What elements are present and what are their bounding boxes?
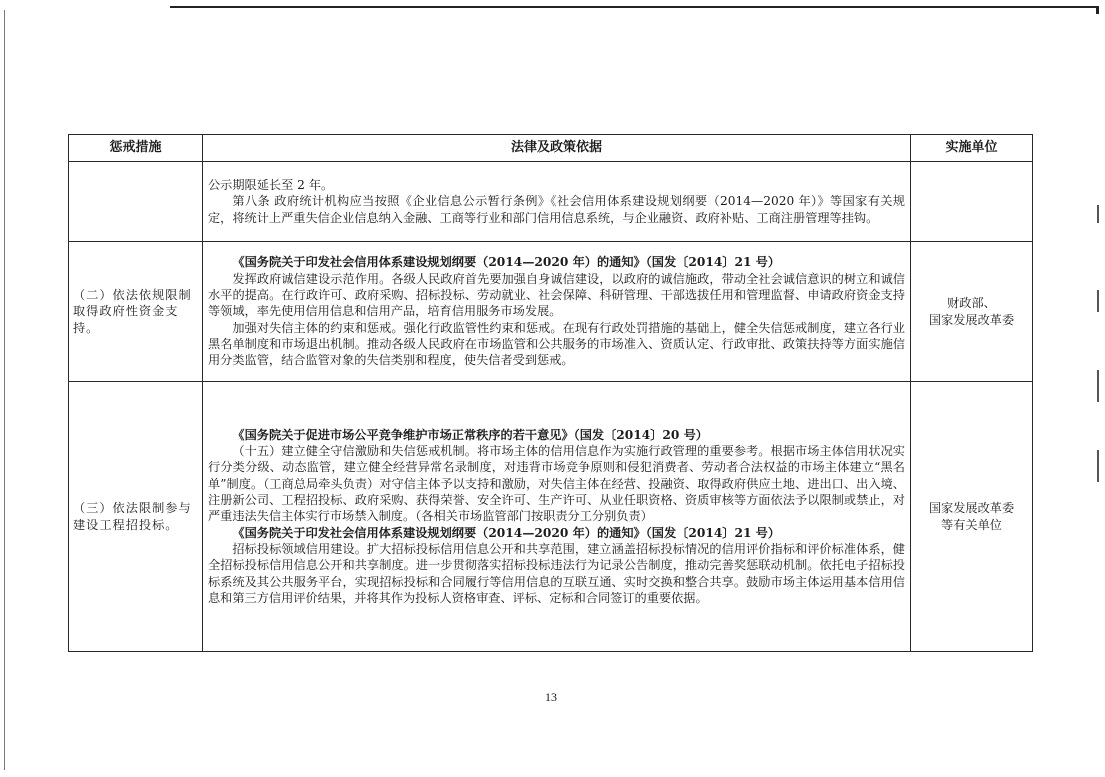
header-unit: 实施单位 bbox=[911, 135, 1033, 162]
unit-cell bbox=[911, 162, 1033, 242]
policy-title: 《国务院关于印发社会信用体系建设规划纲要（2014—2020 年）的通知》（国发… bbox=[208, 254, 905, 270]
header-measure: 惩戒措施 bbox=[69, 135, 203, 162]
table-row: （二）依法依规限制取得政府性资金支持。 《国务院关于印发社会信用体系建设规划纲要… bbox=[69, 242, 1033, 382]
basis-paragraph: （十五）建立健全守信激励和失信惩戒机制。将市场主体的信用信息作为实施行政管理的重… bbox=[208, 443, 905, 524]
header-basis: 法律及政策依据 bbox=[203, 135, 911, 162]
measure-cell bbox=[69, 162, 203, 242]
scan-corner-mark bbox=[1096, 6, 1099, 14]
unit-line: 国家发展改革委 bbox=[916, 312, 1027, 328]
scan-left-edge bbox=[4, 10, 5, 770]
basis-paragraph: 招标投标领域信用建设。扩大招标投标信用信息公开和共享范围，建立涵盖招标投标情况的… bbox=[208, 541, 905, 606]
scan-top-rule bbox=[170, 6, 1098, 8]
policy-title: 《国务院关于促进市场公平竞争维护市场正常秩序的若干意见》（国发〔2014〕20 … bbox=[208, 427, 905, 443]
scan-right-edge-mark bbox=[1097, 370, 1099, 402]
measure-cell: （三）依法限制参与建设工程招投标。 bbox=[69, 382, 203, 652]
basis-cell: 公示期限延长至 2 年。 第八条 政府统计机构应当按照《企业信息公示暂行条例》《… bbox=[203, 162, 911, 242]
table-row: 公示期限延长至 2 年。 第八条 政府统计机构应当按照《企业信息公示暂行条例》《… bbox=[69, 162, 1033, 242]
unit-cell: 财政部、 国家发展改革委 bbox=[911, 242, 1033, 382]
scan-right-edge-mark bbox=[1097, 290, 1099, 312]
scan-right-edge-mark bbox=[1097, 450, 1099, 482]
table-header-row: 惩戒措施 法律及政策依据 实施单位 bbox=[69, 135, 1033, 162]
page-number: 13 bbox=[545, 690, 557, 705]
unit-cell: 国家发展改革委 等有关单位 bbox=[911, 382, 1033, 652]
basis-paragraph: 加强对失信主体的约束和惩戒。强化行政监管性约束和惩戒。在现有行政处罚措施的基础上… bbox=[208, 320, 905, 369]
basis-cell: 《国务院关于促进市场公平竞争维护市场正常秩序的若干意见》（国发〔2014〕20 … bbox=[203, 382, 911, 652]
unit-line: 财政部、 bbox=[916, 295, 1027, 311]
unit-line: 等有关单位 bbox=[916, 517, 1027, 533]
policy-title: 《国务院关于印发社会信用体系建设规划纲要（2014—2020 年）的通知》（国发… bbox=[208, 525, 905, 541]
table-row: （三）依法限制参与建设工程招投标。 《国务院关于促进市场公平竞争维护市场正常秩序… bbox=[69, 382, 1033, 652]
basis-paragraph: 公示期限延长至 2 年。 bbox=[208, 177, 905, 193]
measure-cell: （二）依法依规限制取得政府性资金支持。 bbox=[69, 242, 203, 382]
basis-cell: 《国务院关于印发社会信用体系建设规划纲要（2014—2020 年）的通知》（国发… bbox=[203, 242, 911, 382]
scan-right-edge-mark bbox=[1097, 205, 1099, 223]
basis-paragraph: 第八条 政府统计机构应当按照《企业信息公示暂行条例》《社会信用体系建设规划纲要（… bbox=[208, 193, 905, 226]
basis-paragraph: 发挥政府诚信建设示范作用。各级人民政府首先要加强自身诚信建设，以政府的诚信施政，… bbox=[208, 271, 905, 320]
measures-table: 惩戒措施 法律及政策依据 实施单位 公示期限延长至 2 年。 第八条 政府统计机… bbox=[68, 134, 1033, 652]
unit-line: 国家发展改革委 bbox=[916, 500, 1027, 516]
